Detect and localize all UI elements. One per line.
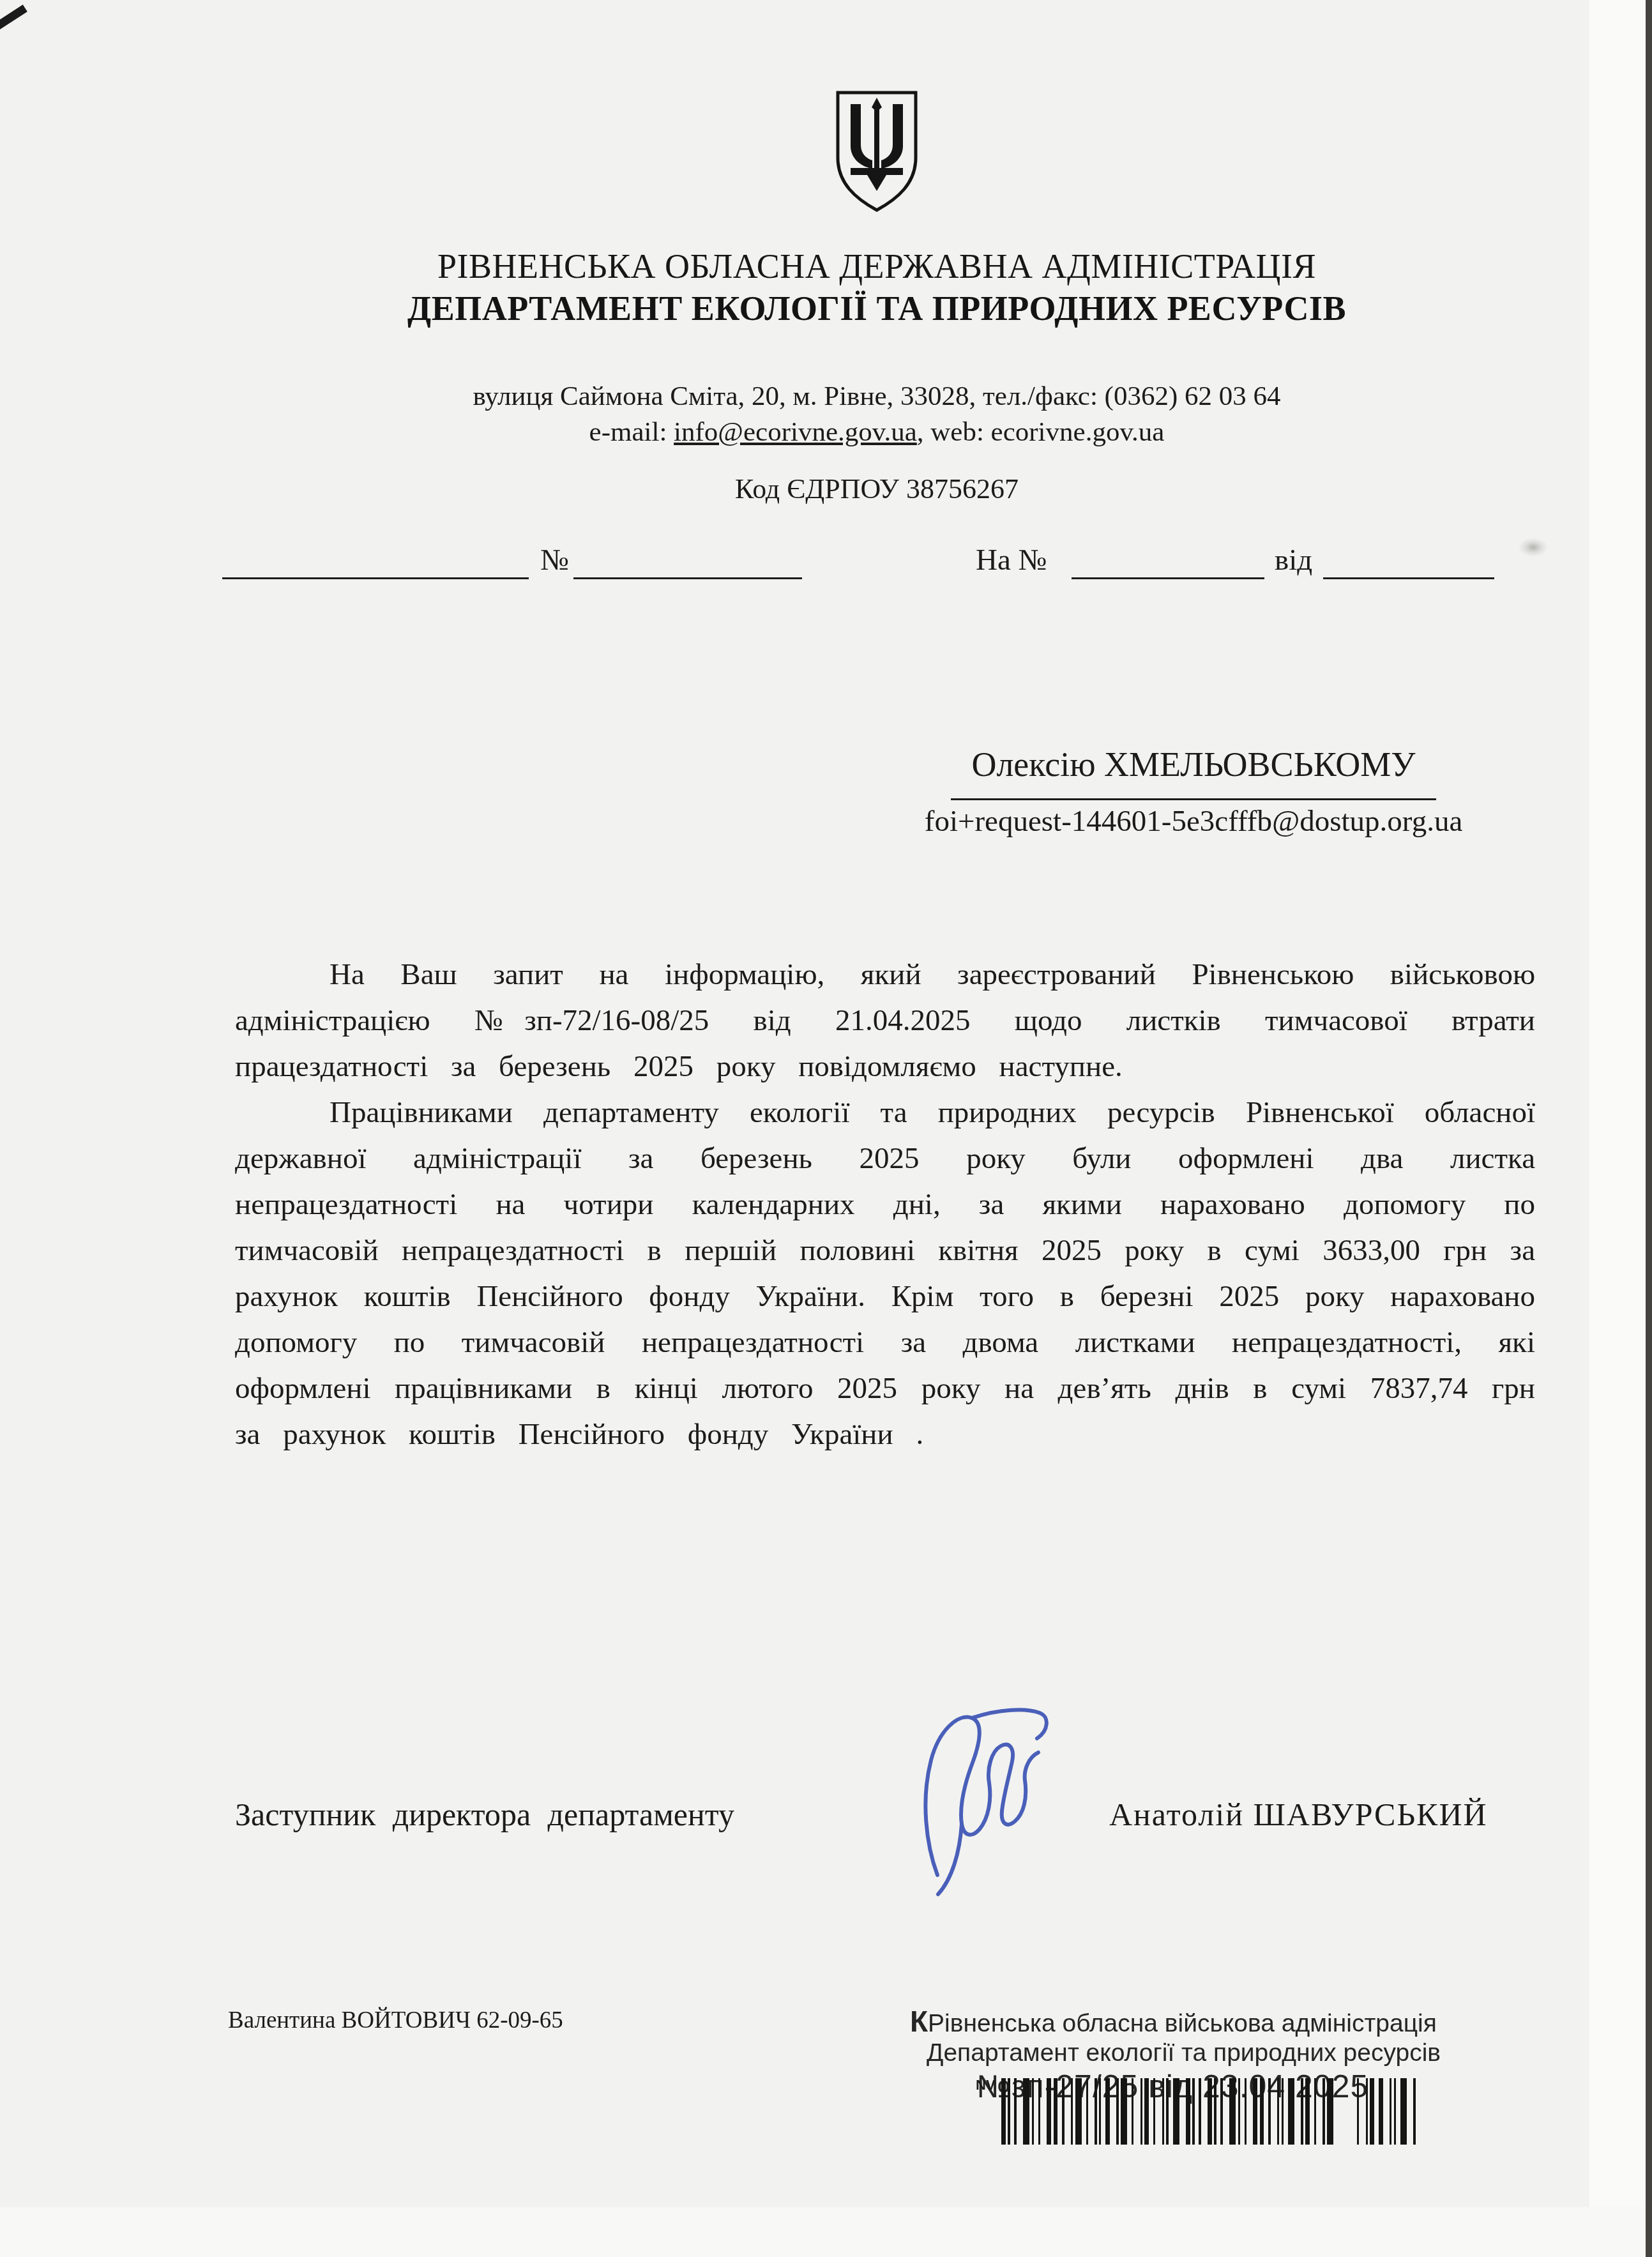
org-email: info@ecorivne.gov.ua [674, 417, 917, 447]
reply-number-label: На № [976, 543, 1047, 577]
department-name: ДЕПАРТАМЕНТ ЕКОЛОГІЇ ТА ПРИРОДНИХ РЕСУРС… [407, 289, 1346, 328]
stamp-dept-line: Департамент екології та природних ресурс… [927, 2039, 1459, 2068]
signer-title: Заступник директора департаменту [235, 1796, 734, 1833]
body-paragraph-1: На Ваш запит на інформацію, який зареєст… [235, 952, 1535, 1090]
recipient-block: Олексію ХМЕЛЬОВСЬКОМУ foi+request-144601… [871, 745, 1516, 839]
reply-date-blank [1323, 548, 1494, 579]
recipient-email: foi+request-144601-5e3cfffb@dostup.org.u… [871, 804, 1516, 839]
outgoing-number-label: № [540, 543, 569, 577]
org-contacts: e-mail: info@ecorivne.gov.ua, web: ecori… [589, 416, 1165, 448]
email-label: e-mail: [589, 417, 674, 447]
org-web: , web: ecorivne.gov.ua [917, 417, 1165, 447]
scanner-edge-shadow [1646, 0, 1652, 2257]
recipient-divider-line [951, 798, 1436, 800]
scanned-letter-page: РІВНЕНСЬКА ОБЛАСНА ДЕРЖАВНА АДМІНІСТРАЦІ… [0, 0, 1652, 2257]
stamp-barcode-block: NV [1001, 2078, 1416, 2145]
recipient-name: Олексію ХМЕЛЬОВСЬКОМУ [871, 745, 1516, 784]
org-name: РІВНЕНСЬКА ОБЛАСНА ДЕРЖАВНА АДМІНІСТРАЦІ… [437, 247, 1316, 286]
executor-contact: Валентина ВОЙТОВИЧ 62-09-65 [228, 2007, 563, 2034]
ukraine-trident-emblem-icon [830, 89, 923, 215]
reply-number-blank [1072, 548, 1264, 579]
org-address: вулиця Саймона Сміта, 20, м. Рівне, 3302… [473, 381, 1281, 412]
outgoing-number-blank [573, 548, 802, 579]
scanner-edge-right [1589, 0, 1646, 2257]
signer-name: Анатолій ШАВУРСЬКИЙ [1109, 1796, 1488, 1833]
edrpou-code: Код ЄДРПОУ 38756267 [735, 473, 1019, 505]
barcode-label: NV [976, 2077, 996, 2094]
handwritten-signature [876, 1704, 1132, 1905]
ink-smudge [1519, 538, 1548, 557]
barcode [1001, 2078, 1416, 2145]
scan-corner-artifact [0, 4, 27, 31]
reply-date-label: від [1275, 543, 1312, 577]
stamp-corner-mark: К [910, 2005, 928, 2038]
paper-bottom-edge [0, 2207, 1646, 2257]
stamp-org-line: КРівненська обласна військова адміністра… [910, 2004, 1459, 2039]
stamp-org-text: Рівненська обласна військова адміністрац… [928, 2010, 1437, 2037]
letter-body: На Ваш запит на інформацію, який зареєст… [235, 952, 1535, 1457]
outgoing-date-blank [222, 548, 529, 579]
body-paragraph-2: Працівниками департаменту екології та пр… [235, 1090, 1535, 1457]
